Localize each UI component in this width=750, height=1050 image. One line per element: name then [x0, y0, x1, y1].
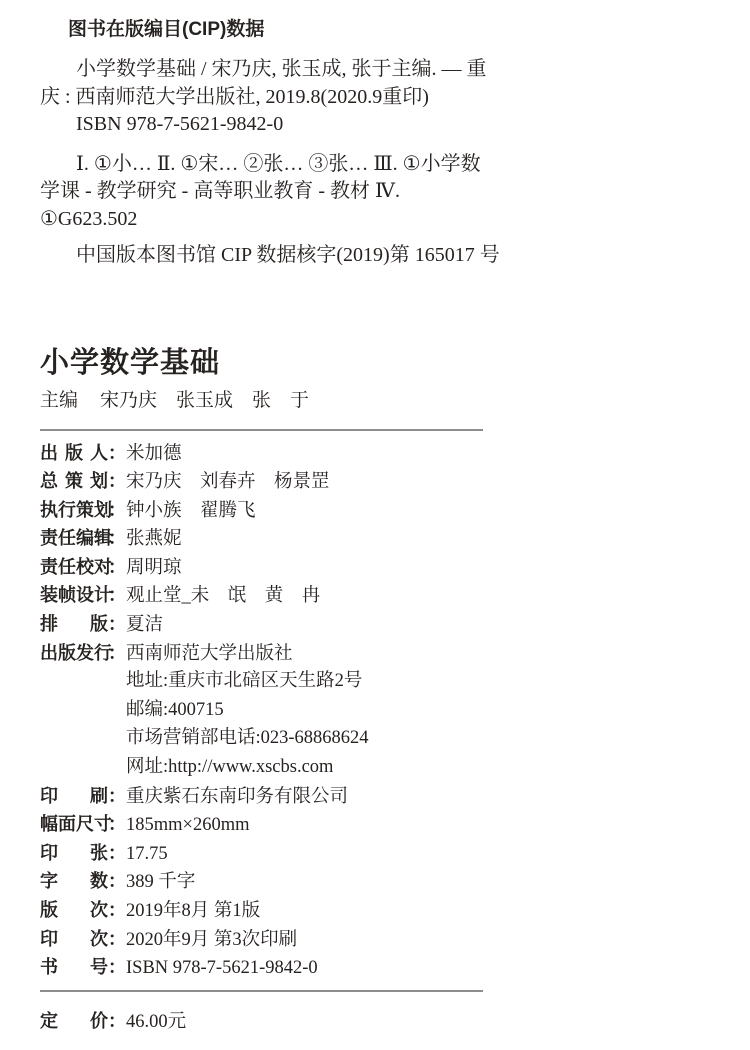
row-colon: ：: [108, 524, 126, 553]
row-value: 周明琼: [126, 558, 182, 578]
row-value: 张燕妮: [126, 529, 182, 549]
row-value: 389 千字: [126, 872, 195, 892]
row-label: 版次: [40, 896, 108, 925]
colophon-row-sheets: 印张：17.75: [40, 839, 720, 868]
price-row: 定价：46.00元: [40, 1007, 720, 1036]
colophon-row-phone: 市场营销部电话:023-68868624: [40, 724, 720, 753]
title-block: 小学数学基础 主编宋乃庆 张玉成 张 于: [40, 344, 720, 415]
row-colon: ：: [108, 810, 126, 839]
row-label: 字数: [40, 867, 108, 896]
editors-label: 主编: [40, 390, 78, 411]
divider-rule-bottom: [40, 990, 483, 992]
colophon-row-publisher: 出版发行：西南师范大学出版社: [40, 639, 720, 668]
row-colon: ：: [108, 639, 126, 668]
colophon-row-printer: 印刷：重庆紫石东南印务有限公司: [40, 782, 720, 811]
row-value: 米加德: [126, 444, 182, 464]
row-label: 责任编辑: [40, 524, 108, 553]
colophon-row-isbn: 书号：ISBN 978-7-5621-9842-0: [40, 953, 720, 982]
colophon-row-edition: 版次：2019年8月 第1版: [40, 896, 720, 925]
divider-rule-top: [40, 429, 483, 431]
colophon-row-typesetter: 排版：夏洁: [40, 610, 720, 639]
row-value: ISBN 978-7-5621-9842-0: [126, 958, 318, 978]
colophon-rows: 出版人：米加德 总策划：宋乃庆 刘春卉 杨景罡 执行策划：钟小族 翟腾飞 责任编…: [40, 439, 720, 982]
colophon-row-postcode: 邮编:400715: [40, 696, 720, 725]
cip-bibliography: 小学数学基础 / 宋乃庆, 张玉成, 张于主编. — 重 庆 : 西南师范大学出…: [40, 56, 720, 139]
row-value: 钟小族 翟腾飞: [126, 501, 256, 521]
row-value: 185mm×260mm: [126, 815, 250, 835]
row-colon: ：: [108, 896, 126, 925]
editors-names: 宋乃庆 张玉成 张 于: [100, 390, 309, 411]
row-colon: ：: [108, 1007, 126, 1036]
cip-class-line: 学课 - 教学研究 - 高等职业教育 - 教材 Ⅳ.: [40, 178, 720, 206]
row-value: 宋乃庆 刘春卉 杨景罡: [126, 472, 330, 492]
row-label: 出版人: [40, 439, 108, 468]
colophon-row-executive-planner: 执行策划：钟小族 翟腾飞: [40, 496, 720, 525]
colophon-row-proofreader: 责任校对：周明琼: [40, 553, 720, 582]
row-value: 重庆紫石东南印务有限公司: [126, 787, 348, 807]
row-colon: ：: [108, 839, 126, 868]
cip-class-line: Ⅰ. ①小… Ⅱ. ①宋… ②张… ③张… Ⅲ. ①小学数: [40, 151, 720, 179]
row-label: 排版: [40, 610, 108, 639]
price-value: 46.00元: [126, 1012, 186, 1032]
row-colon: ：: [108, 867, 126, 896]
colophon-row-editor: 责任编辑：张燕妮: [40, 524, 720, 553]
row-value: 邮编:400715: [126, 700, 224, 720]
row-label: 总策划: [40, 467, 108, 496]
colophon-row-chief-planner: 总策划：宋乃庆 刘春卉 杨景罡: [40, 467, 720, 496]
colophon-row-dimensions: 幅面尺寸：185mm×260mm: [40, 810, 720, 839]
row-value: 2019年8月 第1版: [126, 901, 260, 921]
colophon-row-publisher-person: 出版人：米加德: [40, 439, 720, 468]
row-colon: ：: [108, 496, 126, 525]
row-label: 责任校对: [40, 553, 108, 582]
row-value: 市场营销部电话:023-68868624: [126, 728, 369, 748]
colophon-row-wordcount: 字数：389 千字: [40, 867, 720, 896]
row-colon: ：: [108, 467, 126, 496]
row-label: 印刷: [40, 782, 108, 811]
colophon-row-designer: 装帧设计：观止堂_未 氓 黄 冉: [40, 581, 720, 610]
colophon-row-impression: 印次：2020年9月 第3次印刷: [40, 925, 720, 954]
row-label: 幅面尺寸: [40, 810, 108, 839]
row-value: 网址:http://www.xscbs.com: [126, 757, 333, 777]
editors-line: 主编宋乃庆 张玉成 张 于: [40, 387, 720, 415]
row-label: 印次: [40, 925, 108, 954]
cip-classification: Ⅰ. ①小… Ⅱ. ①宋… ②张… ③张… Ⅲ. ①小学数 学课 - 教学研究 …: [40, 151, 720, 234]
row-label: 执行策划: [40, 496, 108, 525]
cip-isbn-line: ISBN 978-7-5621-9842-0: [40, 111, 720, 139]
colophon-row-website: 网址:http://www.xscbs.com: [40, 753, 720, 782]
row-value: 夏洁: [126, 615, 163, 635]
row-colon: ：: [108, 953, 126, 982]
row-label: 装帧设计: [40, 581, 108, 610]
row-label: 书号: [40, 953, 108, 982]
row-value: 观止堂_未 氓 黄 冉: [126, 586, 320, 606]
cip-class-line: ①G623.502: [40, 206, 720, 234]
row-value: 地址:重庆市北碚区天生路2号: [126, 671, 362, 691]
copyright-page: 图书在版编目(CIP)数据 小学数学基础 / 宋乃庆, 张玉成, 张于主编. —…: [0, 0, 750, 1050]
row-colon: ：: [108, 553, 126, 582]
colophon-row-address: 地址:重庆市北碚区天生路2号: [40, 667, 720, 696]
row-colon: ：: [108, 439, 126, 468]
book-title: 小学数学基础: [40, 344, 720, 382]
row-value: 西南师范大学出版社: [126, 644, 293, 664]
cip-bib-line: 小学数学基础 / 宋乃庆, 张玉成, 张于主编. — 重: [40, 56, 720, 84]
cip-heading: 图书在版编目(CIP)数据: [68, 16, 720, 44]
row-label: 定价: [40, 1007, 108, 1036]
cip-bib-line: 庆 : 西南师范大学出版社, 2019.8(2020.9重印): [40, 84, 720, 112]
row-colon: ：: [108, 782, 126, 811]
row-colon: ：: [108, 925, 126, 954]
row-colon: ：: [108, 581, 126, 610]
row-value: 17.75: [126, 844, 168, 864]
row-colon: ：: [108, 610, 126, 639]
row-label: 印张: [40, 839, 108, 868]
cip-record-line: 中国版本图书馆 CIP 数据核字(2019)第 165017 号: [40, 242, 720, 270]
row-label: 出版发行: [40, 639, 108, 668]
row-value: 2020年9月 第3次印刷: [126, 930, 297, 950]
